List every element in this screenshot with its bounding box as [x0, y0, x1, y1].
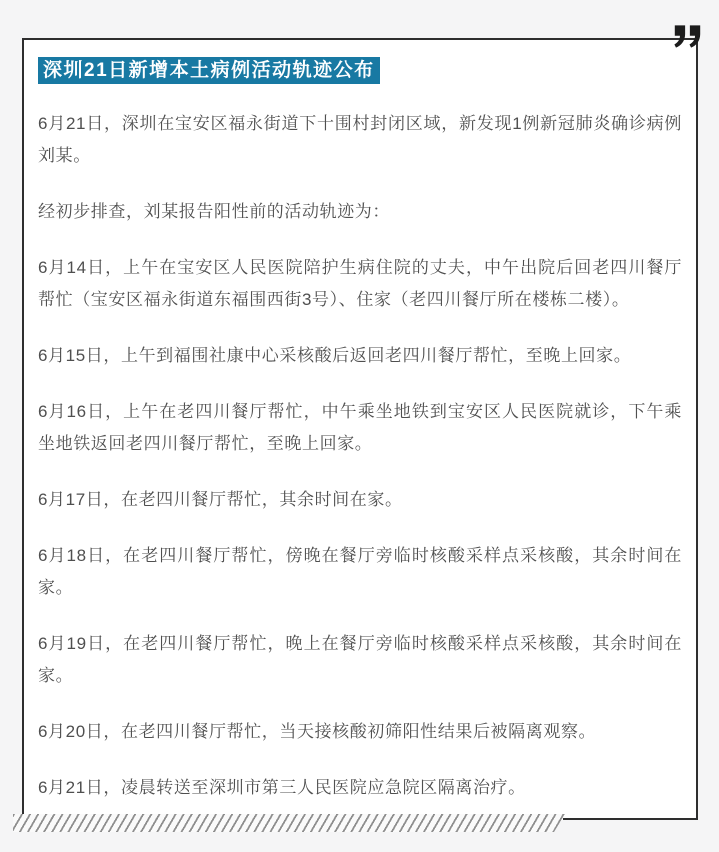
paragraph-case-announcement: 6月21日，深圳在宝安区福永街道下十围村封闭区域，新发现1例新冠肺炎确诊病例刘某… — [38, 108, 682, 172]
page-background: { "theme": { "page_bg": "#f5f5f6", "card… — [0, 0, 719, 852]
announcement-card: 深圳21日新增本土病例活动轨迹公布 6月21日，深圳在宝安区福永街道下十围村封闭… — [22, 38, 698, 820]
article-title: 深圳21日新增本土病例活动轨迹公布 — [38, 57, 682, 84]
article-title-highlight: 深圳21日新增本土病例活动轨迹公布 — [38, 57, 380, 84]
article-body: 6月21日，深圳在宝安区福永街道下十围村封闭区域，新发现1例新冠肺炎确诊病例刘某… — [38, 108, 682, 804]
paragraph-jun-16: 6月16日，上午在老四川餐厅帮忙，中午乘坐地铁到宝安区人民医院就诊，下午乘坐地铁… — [38, 396, 682, 460]
paragraph-track-intro: 经初步排查，刘某报告阳性前的活动轨迹为： — [38, 196, 682, 228]
card-bottom-border — [563, 818, 698, 820]
paragraph-jun-15: 6月15日，上午到福围社康中心采核酸后返回老四川餐厅帮忙，至晚上回家。 — [38, 340, 682, 372]
quote-icon — [674, 25, 701, 48]
paragraph-jun-18: 6月18日，在老四川餐厅帮忙，傍晚在餐厅旁临时核酸采样点采核酸，其余时间在家。 — [38, 540, 682, 604]
paragraph-jun-14: 6月14日，上午在宝安区人民医院陪护生病住院的丈夫，中午出院后回老四川餐厅帮忙（… — [38, 252, 682, 316]
bottom-hatch-decoration — [13, 814, 565, 832]
paragraph-jun-19: 6月19日，在老四川餐厅帮忙，晚上在餐厅旁临时核酸采样点采核酸，其余时间在家。 — [38, 628, 682, 692]
paragraph-jun-21: 6月21日，凌晨转送至深圳市第三人民医院应急院区隔离治疗。 — [38, 772, 682, 804]
paragraph-jun-20: 6月20日，在老四川餐厅帮忙，当天接核酸初筛阳性结果后被隔离观察。 — [38, 716, 682, 748]
paragraph-jun-17: 6月17日，在老四川餐厅帮忙，其余时间在家。 — [38, 484, 682, 516]
